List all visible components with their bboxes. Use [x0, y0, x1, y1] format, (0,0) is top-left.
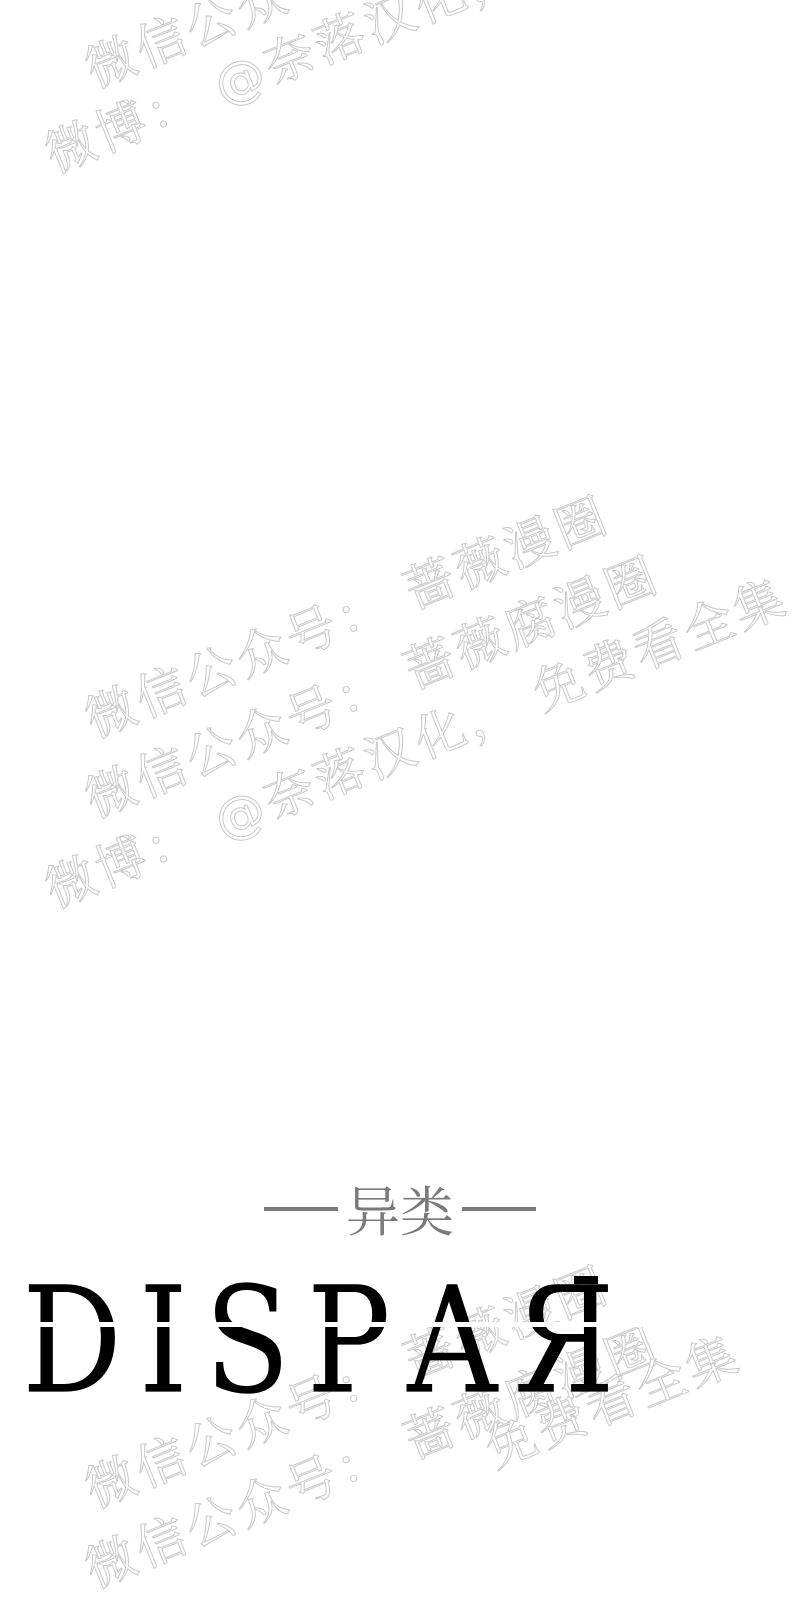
title-logo: D I S P A Я	[0, 1272, 800, 1422]
subtitle-chinese: 异类	[0, 1170, 800, 1247]
logo-letter: I	[139, 1272, 188, 1410]
logo-macron	[574, 1276, 598, 1284]
logo-letter: D	[22, 1272, 122, 1410]
logo-letter: P	[307, 1272, 391, 1410]
subtitle-text: 异类	[346, 1170, 454, 1247]
logo-letter: A	[407, 1272, 497, 1410]
logo-slice-line	[0, 1322, 800, 1327]
logo-letter: S	[205, 1272, 290, 1410]
right-dash	[462, 1207, 536, 1211]
logo-letter: Я	[514, 1272, 615, 1410]
left-dash	[264, 1207, 338, 1211]
logo-text: D I S P A Я	[22, 1272, 615, 1410]
